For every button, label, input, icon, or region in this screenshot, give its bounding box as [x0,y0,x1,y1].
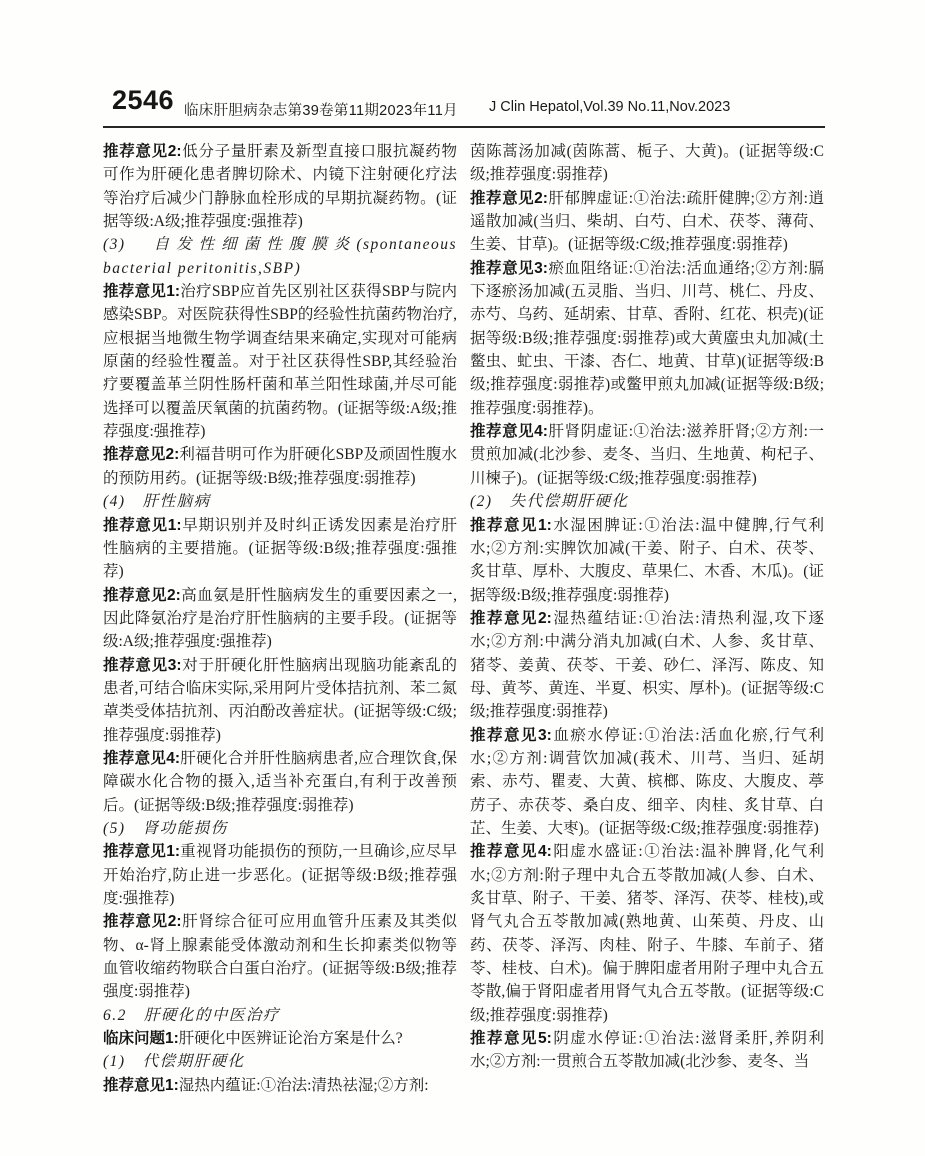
paragraph-lead-label: 推荐意见1: [103,1077,179,1094]
paragraph-lead-label: 推荐意见1: [103,517,182,534]
recommendation-paragraph: 推荐意见1:早期识别并及时纠正诱发因素是治疗肝性脑病的主要措施。(证据等级:B级… [103,514,457,584]
text-column-right: 茵陈蒿汤加减(茵陈蒿、栀子、大黄)。(证据等级:C级;推荐强度:弱推荐)推荐意见… [470,140,824,1074]
paragraph-text: 治疗SBP应首先区别社区获得SBP与院内感染SBP。对医院获得性SBP的经验性抗… [103,283,457,440]
recommendation-paragraph: 推荐意见4:肝硬化合并肝性脑病患者,应合理饮食,保障碳水化合物的摄入,适当补充蛋… [103,747,457,817]
recommendation-paragraph: 推荐意见3:瘀血阻络证:①治法:活血通络;②方剂:膈下逐瘀汤加减(五灵脂、当归、… [470,257,824,420]
section-heading: 6.2 肝硬化的中医治疗 [103,1004,457,1027]
page-number: 2546 [112,85,174,116]
recommendation-paragraph: 推荐意见2:湿热蕴结证:①治法:清热利湿,攻下逐水;②方剂:中满分消丸加减(白术… [470,607,824,724]
recommendation-paragraph: 推荐意见2:低分子量肝素及新型直接口服抗凝药物可作为肝硬化患者脾切除术、内镜下注… [103,140,457,233]
paragraph-lead-label: 推荐意见3: [103,657,182,674]
recommendation-paragraph: 推荐意见3:对于肝硬化肝性脑病出现脑功能紊乱的患者,可结合临床实际,采用阿片受体… [103,654,457,747]
recommendation-paragraph: 推荐意见3:血瘀水停证:①治法:活血化瘀,行气利水;②方剂:调营饮加减(莪术、川… [470,724,824,841]
paragraph-lead-label: 推荐意见2: [103,446,179,463]
subsection-heading: (2) 失代偿期肝硬化 [470,490,824,513]
paragraph-lead-label: 推荐意见2: [470,610,552,627]
paragraph-lead-label: 推荐意见4: [470,423,548,440]
continuation-paragraph: 茵陈蒿汤加减(茵陈蒿、栀子、大黄)。(证据等级:C级;推荐强度:弱推荐) [470,140,824,187]
paragraph-lead-label: 推荐意见3: [470,260,548,277]
paragraph-text: 阳虚水盛证:①治法:温补脾肾,化气利水;②方剂:附子理中丸合五苓散加减(人参、白… [470,843,824,1023]
recommendation-paragraph: 推荐意见1:重视肾功能损伤的预防,一旦确诊,应尽早开始治疗,防止进一步恶化。(证… [103,840,457,910]
recommendation-paragraph: 推荐意见2:肝郁脾虚证:①治法:疏肝健脾;②方剂:逍遥散加减(当归、柴胡、白芍、… [470,187,824,257]
clinical-question: 临床问题1:肝硬化中医辨证论治方案是什么? [103,1027,457,1050]
paragraph-text: 瘀血阻络证:①治法:活血通络;②方剂:膈下逐瘀汤加减(五灵脂、当归、川芎、桃仁、… [470,260,824,417]
paragraph-lead-label: 推荐意见1: [470,517,552,534]
recommendation-paragraph: 推荐意见2:高血氨是肝性脑病发生的重要因素之一,因此降氨治疗是治疗肝性脑病的主要… [103,584,457,654]
paragraph-text: (4) 肝性脑病 [103,493,211,510]
paragraph-lead-label: 推荐意见2: [103,587,181,604]
recommendation-paragraph: 推荐意见4:阳虚水盛证:①治法:温补脾肾,化气利水;②方剂:附子理中丸合五苓散加… [470,840,824,1027]
header-rule [103,126,825,128]
paragraph-lead-label: 推荐意见3: [470,727,552,744]
text-column-left: 推荐意见2:低分子量肝素及新型直接口服抗凝药物可作为肝硬化患者脾切除术、内镜下注… [103,140,457,1097]
recommendation-paragraph: 推荐意见1:治疗SBP应首先区别社区获得SBP与院内感染SBP。对医院获得性SB… [103,280,457,443]
paragraph-lead-label: 推荐意见2: [103,143,182,160]
paragraph-text: 肝硬化中医辨证论治方案是什么? [179,1030,403,1047]
paragraph-lead-label: 推荐意见1: [103,283,180,300]
paragraph-lead-label: 临床问题1: [103,1030,179,1047]
paragraph-text: (1) 代偿期肝硬化 [103,1053,245,1070]
paragraph-text: (5) 肾功能损伤 [103,820,228,837]
journal-title-cn: 临床肝胆病杂志第39卷第11期2023年11月 [184,99,458,120]
paragraph-text: 6.2 肝硬化的中医治疗 [103,1007,280,1024]
subsection-heading: (5) 肾功能损伤 [103,817,457,840]
paragraph-lead-label: 推荐意见5: [470,1030,552,1047]
paragraph-lead-label: 推荐意见2: [103,913,182,930]
recommendation-paragraph: 推荐意见2:肝肾综合征可应用血管升压素及其类似物、α-肾上腺素能受体激动剂和生长… [103,910,457,1003]
paragraph-lead-label: 推荐意见4: [470,843,552,860]
paragraph-lead-label: 推荐意见4: [103,750,180,767]
journal-title-en: J Clin Hepatol,Vol.39 No.11,Nov.2023 [489,99,730,115]
recommendation-paragraph: 推荐意见1:水湿困脾证:①治法:温中健脾,行气利水;②方剂:实脾饮加减(干姜、附… [470,514,824,607]
paragraph-lead-label: 推荐意见1: [103,843,180,860]
paragraph-text: (2) 失代偿期肝硬化 [470,493,629,510]
subsection-heading: (4) 肝性脑病 [103,490,457,513]
subsection-heading: (3) 自发性细菌性腹膜炎(spontaneous bacterial peri… [103,233,457,280]
recommendation-paragraph: 推荐意见2:利福昔明可作为肝硬化SBP及顽固性腹水的预防用药。(证据等级:B级;… [103,443,457,490]
paragraph-lead-label: 推荐意见2: [470,190,548,207]
recommendation-paragraph: 推荐意见1:湿热内蕴证:①治法:清热祛湿;②方剂: [103,1074,457,1097]
paragraph-text: 茵陈蒿汤加减(茵陈蒿、栀子、大黄)。(证据等级:C级;推荐强度:弱推荐) [470,143,824,183]
paragraph-text: (3) 自发性细菌性腹膜炎(spontaneous bacterial peri… [103,236,457,276]
subsection-heading: (1) 代偿期肝硬化 [103,1050,457,1073]
recommendation-paragraph: 推荐意见5:阴虚水停证:①治法:滋肾柔肝,养阴利水;②方剂:一贯煎合五苓散加减(… [470,1027,824,1074]
recommendation-paragraph: 推荐意见4:肝肾阴虚证:①治法:滋养肝肾;②方剂:一贯煎加减(北沙参、麦冬、当归… [470,420,824,490]
journal-page: 2546 临床肝胆病杂志第39卷第11期2023年11月 J Clin Hepa… [0,0,925,1156]
paragraph-text: 湿热内蕴证:①治法:清热祛湿;②方剂: [179,1077,429,1094]
